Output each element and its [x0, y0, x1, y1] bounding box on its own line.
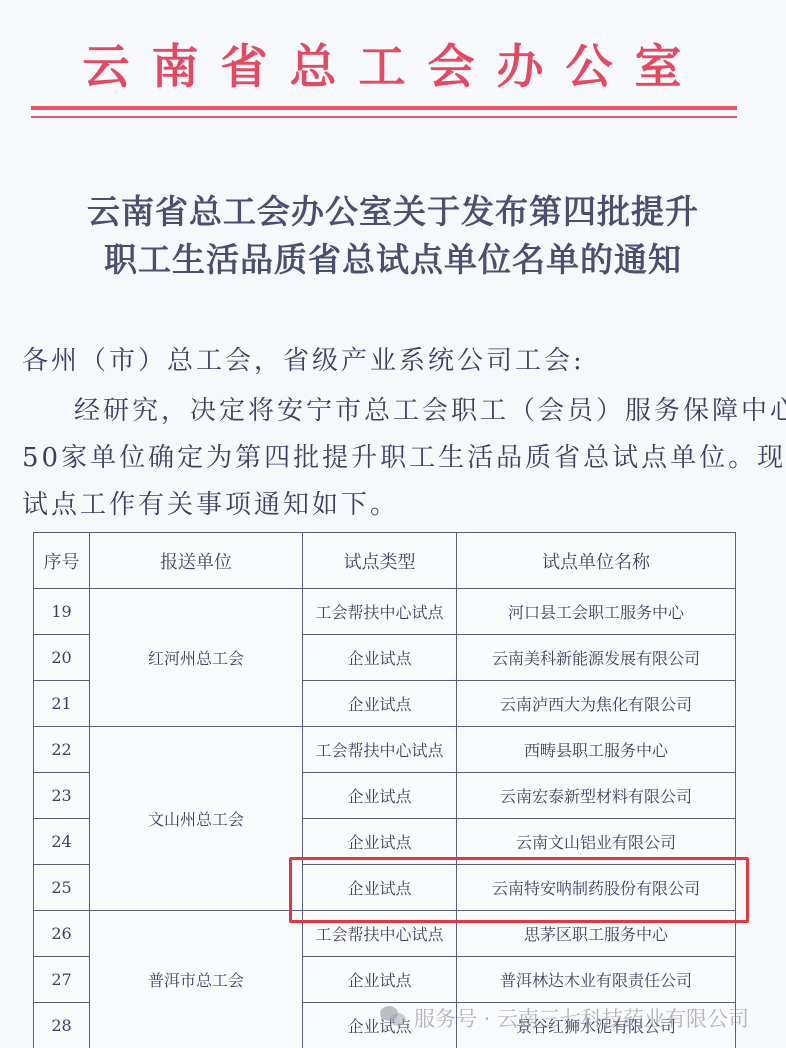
paragraph-line-2: 50家单位确定为第四批提升职工生活品质省总试点单位。现就: [22, 437, 786, 474]
watermark: 服务号 · 云南三七科技药业有限公司: [380, 1003, 749, 1033]
letterhead-rule-thin: [31, 116, 737, 118]
reporting-unit: 红河州总工会: [90, 589, 303, 727]
row-no: 28: [34, 1003, 90, 1048]
row-no: 25: [34, 865, 90, 911]
wechat-icon: [380, 1006, 410, 1030]
pilot-unit-name: 西畴县职工服务中心: [457, 727, 736, 773]
header-unit: 报送单位: [90, 533, 303, 589]
paragraph-line-1: 经研究，决定将安宁市总工会职工（会员）服务保障中心等: [74, 390, 786, 427]
row-no: 20: [34, 635, 90, 681]
letterhead-org: 云南省总工会办公室: [0, 30, 786, 97]
pilot-unit-table: 序号 报送单位 试点类型 试点单位名称 19 红河州总工会 工会帮扶中心试点 河…: [33, 532, 736, 1048]
row-no: 19: [34, 589, 90, 635]
document-title-line1: 云南省总工会办公室关于发布第四批提升: [0, 186, 786, 233]
reporting-unit: 文山州总工会: [90, 727, 303, 911]
header-no: 序号: [34, 533, 90, 589]
pilot-type: 工会帮扶中心试点: [303, 727, 457, 773]
row-no: 21: [34, 681, 90, 727]
pilot-unit-name: 河口县工会职工服务中心: [457, 589, 736, 635]
salutation: 各州（市）总工会，省级产业系统公司工会:: [22, 340, 585, 377]
header-name: 试点单位名称: [457, 533, 736, 589]
row-no: 22: [34, 727, 90, 773]
pilot-type: 企业试点: [303, 681, 457, 727]
pilot-type: 企业试点: [303, 957, 457, 1003]
paragraph-line-3: 试点工作有关事项通知如下。: [22, 484, 399, 521]
pilot-type: 企业试点: [303, 773, 457, 819]
table-row: 22 文山州总工会 工会帮扶中心试点 西畴县职工服务中心: [34, 727, 736, 773]
row-no: 27: [34, 957, 90, 1003]
header-type: 试点类型: [303, 533, 457, 589]
pilot-type: 工会帮扶中心试点: [303, 589, 457, 635]
pilot-unit-name: 普洱林达木业有限责任公司: [457, 957, 736, 1003]
row-no: 24: [34, 819, 90, 865]
reporting-unit: 普洱市总工会: [90, 911, 303, 1048]
letterhead-rule-thick: [31, 106, 737, 110]
table-row: 19 红河州总工会 工会帮扶中心试点 河口县工会职工服务中心: [34, 589, 736, 635]
pilot-unit-name: 云南宏泰新型材料有限公司: [457, 773, 736, 819]
table-header-row: 序号 报送单位 试点类型 试点单位名称: [34, 533, 736, 589]
watermark-text: 服务号 · 云南三七科技药业有限公司: [414, 1003, 749, 1033]
row-no: 23: [34, 773, 90, 819]
highlight-box: [289, 857, 749, 923]
row-no: 26: [34, 911, 90, 957]
pilot-unit-name: 云南美科新能源发展有限公司: [457, 635, 736, 681]
document-title-line2: 职工生活品质省总试点单位名单的通知: [0, 234, 786, 281]
pilot-type: 企业试点: [303, 635, 457, 681]
pilot-unit-name: 云南泸西大为焦化有限公司: [457, 681, 736, 727]
